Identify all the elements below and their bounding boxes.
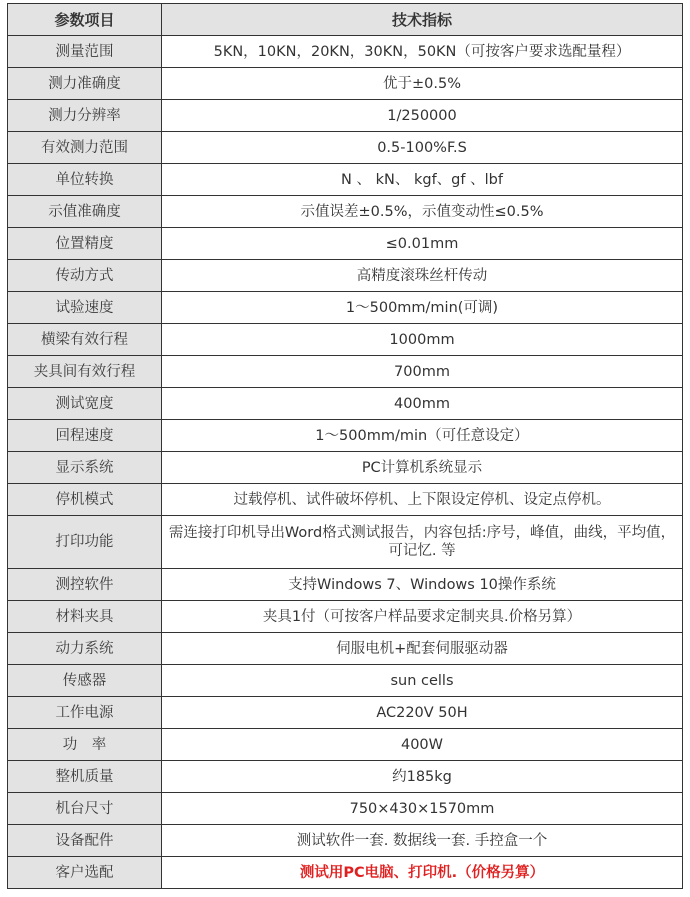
value-sensor: sun cells: [162, 665, 683, 697]
param-customer-options: 客户选配: [8, 857, 162, 889]
param-test-speed: 试验速度: [8, 292, 162, 324]
table-row: 传动方式 高精度滚珠丝杆传动: [8, 260, 683, 292]
table-row: 功 率 400W: [8, 729, 683, 761]
value-fixture-stroke: 700mm: [162, 356, 683, 388]
table-row: 传感器 sun cells: [8, 665, 683, 697]
value-material-fixture: 夹具1付（可按客户样品要求定制夹具.价格另算）: [162, 601, 683, 633]
table-row: 测试宽度 400mm: [8, 388, 683, 420]
table-row: 整机质量 约185kg: [8, 761, 683, 793]
table-row: 单位转换 N 、 kN、 kgf、gf 、lbf: [8, 164, 683, 196]
param-display-system: 显示系统: [8, 452, 162, 484]
value-machine-weight: 约185kg: [162, 761, 683, 793]
param-control-software: 测控软件: [8, 569, 162, 601]
table-header-row: 参数项目 技术指标: [8, 4, 683, 36]
param-measure-range: 测量范围: [8, 36, 162, 68]
value-transmission: 高精度滚珠丝杆传动: [162, 260, 683, 292]
table-row: 打印功能 需连接打印机导出Word格式测试报告，内容包括:序号，峰值，曲线，平均…: [8, 516, 683, 569]
param-machine-weight: 整机质量: [8, 761, 162, 793]
value-indication-accuracy: 示值误差±0.5%，示值变动性≤0.5%: [162, 196, 683, 228]
param-material-fixture: 材料夹具: [8, 601, 162, 633]
value-display-system: PC计算机系统显示: [162, 452, 683, 484]
spec-table: 参数项目 技术指标 测量范围 5KN，10KN，20KN，30KN，50KN（可…: [7, 3, 683, 889]
value-measure-range: 5KN，10KN，20KN，30KN，50KN（可按客户要求选配量程）: [162, 36, 683, 68]
table-row: 动力系统 伺服电机+配套伺服驱动器: [8, 633, 683, 665]
value-crossbeam-stroke: 1000mm: [162, 324, 683, 356]
table-row: 测控软件 支持Windows 7、Windows 10操作系统: [8, 569, 683, 601]
header-spec: 技术指标: [162, 4, 683, 36]
value-force-resolution: 1/250000: [162, 100, 683, 132]
value-test-speed: 1～500mm/min(可调): [162, 292, 683, 324]
value-position-precision: ≤0.01mm: [162, 228, 683, 260]
param-fixture-stroke: 夹具间有效行程: [8, 356, 162, 388]
value-return-speed: 1～500mm/min（可任意设定）: [162, 420, 683, 452]
value-control-software: 支持Windows 7、Windows 10操作系统: [162, 569, 683, 601]
param-return-speed: 回程速度: [8, 420, 162, 452]
param-print-function: 打印功能: [8, 516, 162, 569]
value-effective-range: 0.5-100%F.S: [162, 132, 683, 164]
param-unit-conversion: 单位转换: [8, 164, 162, 196]
table-row: 测量范围 5KN，10KN，20KN，30KN，50KN（可按客户要求选配量程）: [8, 36, 683, 68]
table-row: 示值准确度 示值误差±0.5%，示值变动性≤0.5%: [8, 196, 683, 228]
param-test-width: 测试宽度: [8, 388, 162, 420]
table-row: 工作电源 AC220V 50H: [8, 697, 683, 729]
value-force-accuracy: 优于±0.5%: [162, 68, 683, 100]
param-crossbeam-stroke: 横梁有效行程: [8, 324, 162, 356]
table-row: 客户选配 测试用PC电脑、打印机.（价格另算）: [8, 857, 683, 889]
value-print-function: 需连接打印机导出Word格式测试报告，内容包括:序号，峰值，曲线，平均值，可记忆…: [162, 516, 683, 569]
table-row: 横梁有效行程 1000mm: [8, 324, 683, 356]
header-param: 参数项目: [8, 4, 162, 36]
table-row: 设备配件 测试软件一套. 数据线一套. 手控盒一个: [8, 825, 683, 857]
param-effective-range: 有效测力范围: [8, 132, 162, 164]
table-row: 测力准确度 优于±0.5%: [8, 68, 683, 100]
param-force-resolution: 测力分辨率: [8, 100, 162, 132]
value-accessories: 测试软件一套. 数据线一套. 手控盒一个: [162, 825, 683, 857]
value-machine-dimensions: 750×430×1570mm: [162, 793, 683, 825]
table-row: 位置精度 ≤0.01mm: [8, 228, 683, 260]
param-transmission: 传动方式: [8, 260, 162, 292]
table-row: 停机模式 过载停机、试件破坏停机、上下限设定停机、设定点停机。: [8, 484, 683, 516]
param-accessories: 设备配件: [8, 825, 162, 857]
param-power-system: 动力系统: [8, 633, 162, 665]
table-row: 试验速度 1～500mm/min(可调): [8, 292, 683, 324]
param-force-accuracy: 测力准确度: [8, 68, 162, 100]
param-power-supply: 工作电源: [8, 697, 162, 729]
value-stop-mode: 过载停机、试件破坏停机、上下限设定停机、设定点停机。: [162, 484, 683, 516]
param-sensor: 传感器: [8, 665, 162, 697]
value-unit-conversion: N 、 kN、 kgf、gf 、lbf: [162, 164, 683, 196]
table-row: 材料夹具 夹具1付（可按客户样品要求定制夹具.价格另算）: [8, 601, 683, 633]
param-indication-accuracy: 示值准确度: [8, 196, 162, 228]
param-power: 功 率: [8, 729, 162, 761]
table-row: 夹具间有效行程 700mm: [8, 356, 683, 388]
table-row: 有效测力范围 0.5-100%F.S: [8, 132, 683, 164]
param-stop-mode: 停机模式: [8, 484, 162, 516]
value-power: 400W: [162, 729, 683, 761]
value-power-supply: AC220V 50H: [162, 697, 683, 729]
value-power-system: 伺服电机+配套伺服驱动器: [162, 633, 683, 665]
table-row: 回程速度 1～500mm/min（可任意设定）: [8, 420, 683, 452]
table-row: 机台尺寸 750×430×1570mm: [8, 793, 683, 825]
param-machine-dimensions: 机台尺寸: [8, 793, 162, 825]
value-test-width: 400mm: [162, 388, 683, 420]
param-position-precision: 位置精度: [8, 228, 162, 260]
value-customer-options: 测试用PC电脑、打印机.（价格另算）: [162, 857, 683, 889]
table-row: 测力分辨率 1/250000: [8, 100, 683, 132]
table-row: 显示系统 PC计算机系统显示: [8, 452, 683, 484]
